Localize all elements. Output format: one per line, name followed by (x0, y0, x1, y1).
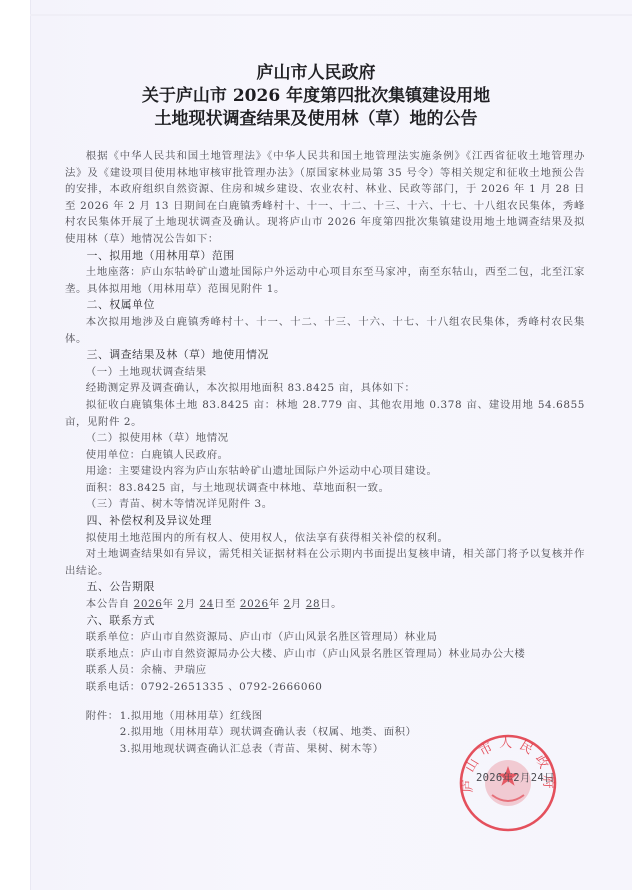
end-day: 28 (306, 598, 320, 610)
attachments-label: 附件： (86, 708, 120, 725)
signature-date: 2026年2月24日 (476, 770, 555, 785)
period-prefix: 本公告自 (86, 598, 130, 610)
section-3-sub2-heading: （二）拟使用林（草）地情况 (65, 430, 585, 447)
year-char: 年 (163, 598, 174, 610)
attachment-item: 1.拟用地（用林用草）红线图 (120, 708, 263, 725)
section-1-text: 土地座落：庐山东牯岭矿山遗址国际户外运动中心项目东至马家冲，南至东牯山，西至二包… (65, 264, 585, 297)
section-3-sub2-user: 使用单位：白鹿镇人民政府。 (65, 447, 585, 464)
section-3-sub1-heading: （一）土地现状调查结果 (65, 364, 585, 381)
attachment-row-1: 附件： 1.拟用地（用林用草）红线图 (65, 708, 585, 725)
notice-period: 本公告自 2026年 2月 24日至 2026年 2月 28日。 (65, 596, 585, 613)
contact-phone: 联系电话：0792-2651335 、0792-2666060 (65, 679, 585, 696)
intro-paragraph: 根据《中华人民共和国土地管理法》《中华人民共和国土地管理法实施条例》《江西省征收… (65, 148, 585, 248)
section-5-heading: 五、公告期限 (65, 579, 585, 596)
section-3-sub1-text2: 拟征收白鹿镇集体土地 83.8425 亩：林地 28.779 亩、其他农用地 0… (65, 397, 585, 430)
section-3-sub3: （三）青苗、树木等情况详见附件 3。 (65, 496, 585, 513)
contact-address: 联系地点：庐山市自然资源局办公大楼、庐山市（庐山风景名胜区管理局）林业局办公大楼 (65, 646, 585, 663)
start-day: 24 (200, 598, 214, 610)
section-4-text1: 拟使用土地范围内的所有权人、使用权人，依法享有获得相关补偿的权利。 (65, 530, 585, 547)
section-4-text2: 对土地调查结果如有异议，需凭相关证据材料在公示期内书面提出复核申请，相关部门将予… (65, 546, 585, 579)
contact-unit: 联系单位：庐山市自然资源局、庐山市（庐山风景名胜区管理局）林业局 (65, 629, 585, 646)
scan-edge-line (30, 14, 632, 16)
section-6-heading: 六、联系方式 (65, 613, 585, 630)
end-month: 2 (284, 598, 291, 610)
section-4-heading: 四、补偿权利及异议处理 (65, 513, 585, 530)
month-char: 月 (185, 598, 196, 610)
period-mid: 日至 (214, 598, 236, 610)
section-1-heading: 一、拟用地（用林用草）范围 (65, 248, 585, 265)
section-2-heading: 二、权属单位 (65, 297, 585, 314)
section-3-heading: 三、调查结果及林（草）地使用情况 (65, 347, 585, 364)
contact-persons: 联系人员：余楠、尹瑞应 (65, 662, 585, 679)
period-end: 日。 (320, 598, 342, 610)
year-char: 年 (269, 598, 280, 610)
issuer-title: 庐山市人民政府 (0, 58, 632, 83)
end-year: 2026 (240, 598, 269, 610)
section-3-sub1-text1: 经勘测定界及调查确认，本次拟用地面积 83.8425 亩，具体如下： (65, 380, 585, 397)
month-char: 月 (291, 598, 302, 610)
start-month: 2 (177, 598, 184, 610)
notice-title-line1: 关于庐山市 2026 年度第四批次集镇建设用地 (0, 81, 632, 106)
start-year: 2026 (134, 598, 163, 610)
section-3-sub2-area: 面积：83.8425 亩，与土地现状调查中林地、草地面积一致。 (65, 480, 585, 497)
section-2-text: 本次拟用地涉及白鹿镇秀峰村十、十一、十二、十三、十六、十七、十八组农民集体，秀峰… (65, 314, 585, 347)
section-3-sub2-purpose: 用途：主要建设内容为庐山东牯岭矿山遗址国际户外运动中心项目建设。 (65, 463, 585, 480)
notice-title-line2: 土地现状调查结果及使用林（草）地的公告 (0, 104, 632, 129)
notice-body: 根据《中华人民共和国土地管理法》《中华人民共和国土地管理法实施条例》《江西省征收… (65, 148, 585, 757)
